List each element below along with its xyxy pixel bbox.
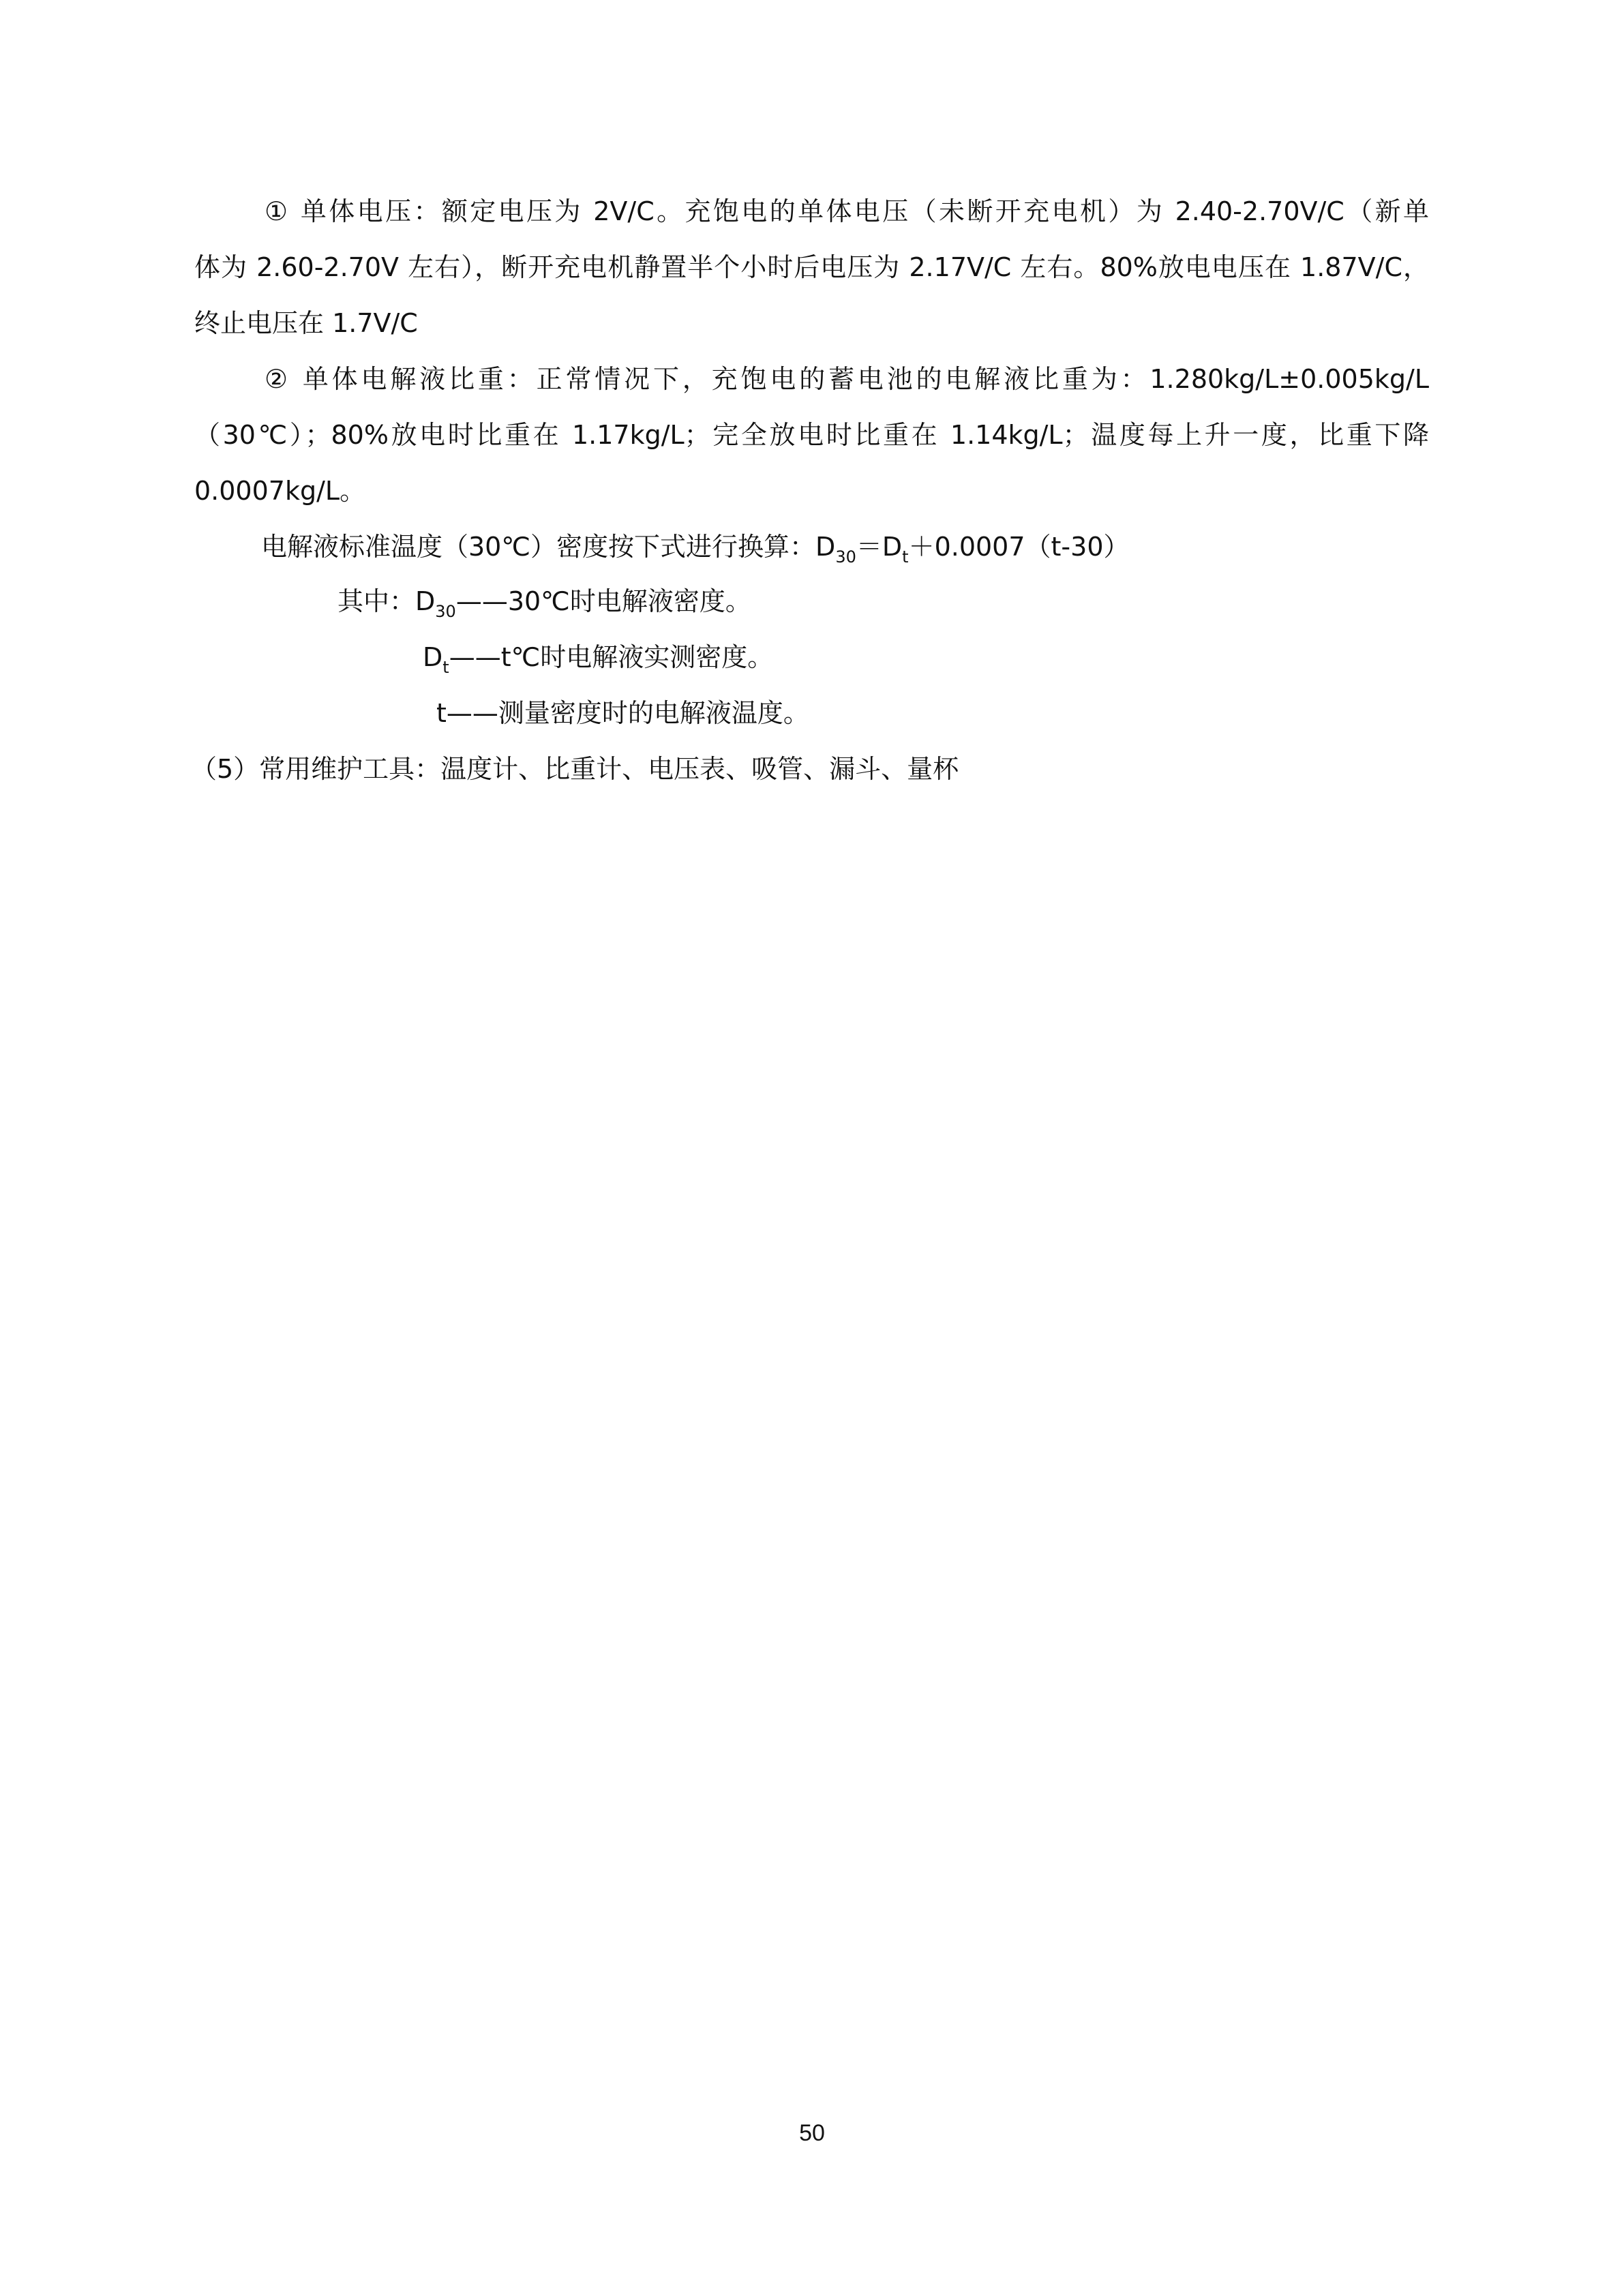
voltage-paragraph-line-3: 终止电压在 1.7V/C [194, 307, 418, 339]
voltage-paragraph-line-2: 体为 2.60-2.70V 左右），断开充电机静置半个小时后电压为 2.17V/… [194, 251, 1429, 284]
page-number: 50 [0, 2120, 1624, 2147]
definition-d30: 其中：D30——30℃时电解液密度。 [337, 585, 751, 618]
document-page: ① 单体电压：额定电压为 2V/C。充饱电的单体电压（未断开充电机）为 2.40… [0, 0, 1624, 2296]
density-formula-line: 电解液标准温度（30℃）密度按下式进行换算：D30＝Dt＋0.0007（t-30… [261, 530, 1130, 563]
maintenance-tools-line: （5）常用维护工具：温度计、比重计、电压表、吸管、漏斗、量杯 [191, 753, 959, 785]
gravity-paragraph-line-1: ② 单体电解液比重：正常情况下，充饱电的蓄电池的电解液比重为：1.280kg/L… [265, 363, 1429, 395]
voltage-paragraph-line-1: ① 单体电压：额定电压为 2V/C。充饱电的单体电压（未断开充电机）为 2.40… [265, 195, 1429, 228]
formula-lhs: D [815, 532, 835, 562]
definition-t: t——测量密度时的电解液温度。 [436, 697, 809, 729]
gravity-paragraph-line-3: 0.0007kg/L。 [194, 474, 365, 507]
definition-dt: Dt——t℃时电解液实测密度。 [423, 641, 773, 674]
gravity-paragraph-line-2: （30℃）；80%放电时比重在 1.17kg/L；完全放电时比重在 1.14kg… [194, 419, 1429, 451]
formula-intro: 电解液标准温度（30℃）密度按下式进行换算： [261, 532, 815, 562]
